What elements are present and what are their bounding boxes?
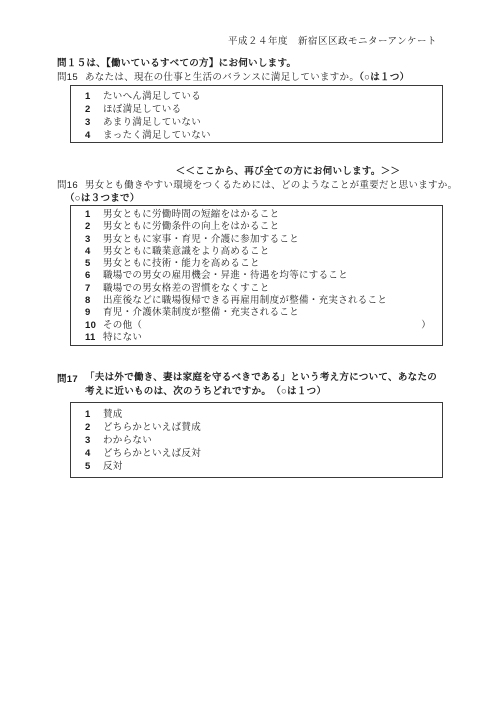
q17-option-2: 2 どちらかといえば賛成 <box>71 421 442 434</box>
option-number: 7 <box>85 283 103 295</box>
q17-option-5: 5 反対 <box>71 460 442 473</box>
option-label: 男女ともに労働条件の向上をはかること <box>103 221 279 233</box>
option-number: 4 <box>85 447 103 460</box>
option-label: どちらかといえば反対 <box>103 447 201 460</box>
option-label: 職場での男女の雇用機会・昇進・待遇を均等にすること <box>103 270 348 282</box>
q16-option-6: 6 職場での男女の雇用機会・昇進・待遇を均等にすること <box>71 270 442 282</box>
option-number: 10 <box>85 320 103 332</box>
page-header-title: 平成２４年度 新宿区区政モニターアンケート <box>0 33 437 47</box>
option-label: 男女ともに家事・育児・介護に参加すること <box>103 234 299 246</box>
q17-label: 問17 <box>57 371 85 385</box>
q16-option-8: 8 出産後などに職場復帰できる再雇用制度が整備・充実されること <box>71 295 442 307</box>
other-close-paren: ） <box>421 320 442 332</box>
option-label: 男女ともに技術・能力を高めること <box>103 258 260 270</box>
option-label: 職場での男女格差の習慣をなくすこと <box>103 283 270 295</box>
option-label: 反対 <box>103 460 123 473</box>
q15-option-1: 1 たいへん満足している <box>71 90 442 103</box>
q16-option-7: 7 職場での男女格差の習慣をなくすこと <box>71 283 442 295</box>
q16-option-4: 4 男女ともに職業意識をより高めること <box>71 246 442 258</box>
option-label: たいへん満足している <box>103 90 201 103</box>
q15-option-2: 2 ほぼ満足している <box>71 103 442 116</box>
q17-option-1: 1 賛成 <box>71 408 442 421</box>
option-label: 特にない <box>103 332 142 344</box>
q15-intro: 問１５は、【働いているすべての方】にお伺いします。 <box>57 55 296 69</box>
option-number: 6 <box>85 270 103 282</box>
q16-option-2: 2 男女ともに労働条件の向上をはかること <box>71 221 442 233</box>
q16-options-box: 1 男女ともに労働時間の短縮をはかること 2 男女ともに労働条件の向上をはかるこ… <box>70 205 443 346</box>
q17-question: 問17 「夫は外で働き、妻は家庭を守るべきである」という考え方について、あなたの… <box>57 371 437 398</box>
option-label: 出産後などに職場復帰できる再雇用制度が整備・充実されること <box>103 295 387 307</box>
option-number: 9 <box>85 307 103 319</box>
option-number: 4 <box>85 129 103 142</box>
option-number: 1 <box>85 408 103 421</box>
q17-question-text: 「夫は外で働き、妻は家庭を守るべきである」という考え方について、あなたの 考えに… <box>85 371 437 398</box>
option-label: 育児・介護休業制度が整備・充実されること <box>103 307 299 319</box>
option-label: その他（ <box>103 320 142 332</box>
q17-question-line1: 「夫は外で働き、妻は家庭を守るべきである」という考え方について、あなたの <box>85 371 437 385</box>
q16-option-11: 11 特にない <box>71 332 442 344</box>
q16-option-1: 1 男女ともに労働時間の短縮をはかること <box>71 209 442 221</box>
option-number: 8 <box>85 295 103 307</box>
section-note: ＜＜ここから、再び全ての方にお伺いします。＞＞ <box>95 163 481 177</box>
option-number: 2 <box>85 221 103 233</box>
q17-option-4: 4 どちらかといえば反対 <box>71 447 442 460</box>
option-number: 5 <box>85 460 103 473</box>
q15-question-body: あなたは、現在の仕事と生活のバランスに満足していますか。 <box>85 72 359 83</box>
q17-options-box: 1 賛成 2 どちらかといえば賛成 3 わからない 4 どちらかといえば反対 5… <box>70 402 443 478</box>
q16-option-9: 9 育児・介護休業制度が整備・充実されること <box>71 307 442 319</box>
survey-page: 平成２４年度 新宿区区政モニターアンケート 問１５は、【働いているすべての方】に… <box>0 0 496 702</box>
option-number: 2 <box>85 103 103 116</box>
option-number: 3 <box>85 434 103 447</box>
q15-question-text: あなたは、現在の仕事と生活のバランスに満足していますか。（○は１つ） <box>85 69 409 83</box>
option-number: 5 <box>85 258 103 270</box>
q16-instruction: （○は３つまで） <box>65 190 140 204</box>
option-number: 1 <box>85 90 103 103</box>
option-label: ほぼ満足している <box>103 103 181 116</box>
q16-question-body: 男女とも働きやすい環境をつくるためには、どのようなことが重要だと思いますか。 <box>85 177 457 191</box>
q16-option-10-other: 10 その他（ ） <box>71 320 442 332</box>
option-number: 4 <box>85 246 103 258</box>
q17-question-line2-wrap: 考えに近いものは、次のうちどれですか。（○は１つ） <box>85 385 437 399</box>
q17-instruction: （○は１つ） <box>271 385 326 399</box>
option-label: まったく満足していない <box>103 129 211 142</box>
option-number: 3 <box>85 116 103 129</box>
q16-label: 問16 <box>57 177 85 191</box>
option-label: どちらかといえば賛成 <box>103 421 201 434</box>
q15-options-box: 1 たいへん満足している 2 ほぼ満足している 3 あまり満足していない 4 ま… <box>70 85 443 143</box>
option-number: 2 <box>85 421 103 434</box>
q15-label: 問15 <box>57 69 85 83</box>
option-label: 男女ともに労働時間の短縮をはかること <box>103 209 279 221</box>
option-label: わからない <box>103 434 152 447</box>
option-label: 賛成 <box>103 408 123 421</box>
q17-option-3: 3 わからない <box>71 434 442 447</box>
q15-question: 問15 あなたは、現在の仕事と生活のバランスに満足していますか。（○は１つ） <box>57 69 409 83</box>
option-number: 11 <box>85 332 103 344</box>
q17-question-line2: 考えに近いものは、次のうちどれですか。 <box>85 385 271 399</box>
option-label: あまり満足していない <box>103 116 201 129</box>
q15-option-4: 4 まったく満足していない <box>71 129 442 142</box>
option-number: 3 <box>85 234 103 246</box>
option-label: 男女ともに職業意識をより高めること <box>103 246 270 258</box>
q16-question: 問16 男女とも働きやすい環境をつくるためには、どのようなことが重要だと思います… <box>57 177 457 191</box>
q15-option-3: 3 あまり満足していない <box>71 116 442 129</box>
q16-option-5: 5 男女ともに技術・能力を高めること <box>71 258 442 270</box>
q15-instruction: （○は１つ） <box>359 72 409 83</box>
option-number: 1 <box>85 209 103 221</box>
q16-option-3: 3 男女ともに家事・育児・介護に参加すること <box>71 234 442 246</box>
